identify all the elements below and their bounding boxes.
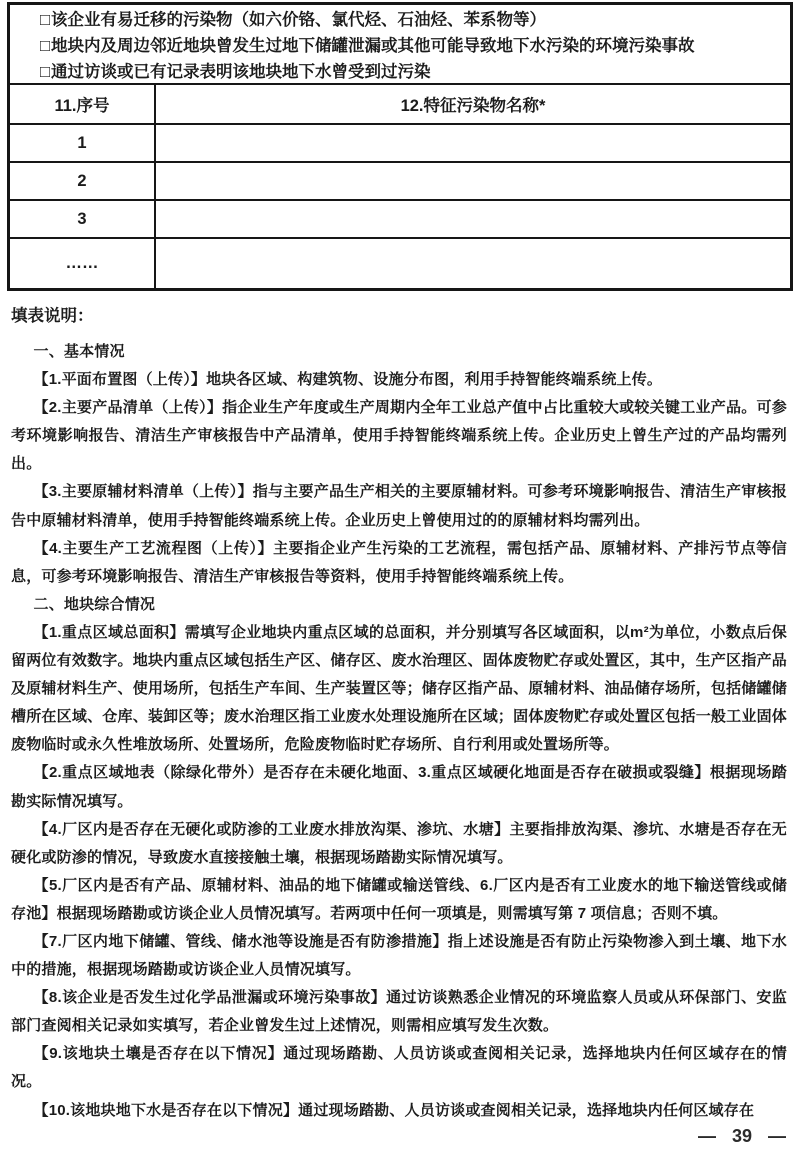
page-number: 39 <box>732 1126 752 1147</box>
pollutant-name-cell[interactable] <box>156 239 790 288</box>
col-header-pollutant: 12.特征污染物名称* <box>156 85 790 123</box>
pollutant-name-cell[interactable] <box>156 125 790 161</box>
form-instructions: 填表说明： 一、基本情况 【1.平面布置图（上传）】地块各区域、构建筑物、设施分… <box>11 302 787 1125</box>
instruction-paragraph: 【4.厂区内是否存在无硬化或防渗的工业废水排放沟渠、渗坑、水塘】主要指排放沟渠、… <box>11 816 787 872</box>
instruction-paragraph: 【1.平面布置图（上传）】地块各区域、构建筑物、设施分布图，利用手持智能终端系统… <box>11 366 787 394</box>
instruction-paragraph: 【10.该地块地下水是否存在以下情况】通过现场踏勘、人员访谈或查阅相关记录，选择… <box>11 1097 787 1125</box>
checkbox-option-label: 地块内及周边邻近地块曾发生过地下储罐泄漏或其他可能导致地下水污染的环境污染事故 <box>51 37 695 55</box>
checkbox-icon[interactable]: □ <box>40 37 50 55</box>
instruction-paragraph: 【9.该地块土壤是否存在以下情况】通过现场踏勘、人员访谈或查阅相关记录，选择地块… <box>11 1040 787 1096</box>
serial-cell: 1 <box>10 125 156 161</box>
section-heading-site: 二、地块综合情况 <box>11 591 787 619</box>
groundwater-situation-table: □该企业有易迁移的污染物（如六价铬、氯代烃、石油烃、苯系物等） □地块内及周边邻… <box>7 2 793 291</box>
serial-cell: 3 <box>10 201 156 237</box>
col-header-serial: 11.序号 <box>10 85 156 123</box>
table-row: 1 <box>10 125 790 163</box>
checkbox-icon[interactable]: □ <box>40 11 50 29</box>
table-row: 3 <box>10 201 790 239</box>
checkbox-option: □该企业有易迁移的污染物（如六价铬、氯代烃、石油烃、苯系物等） <box>40 7 780 33</box>
serial-cell: 2 <box>10 163 156 199</box>
instructions-title: 填表说明： <box>11 302 787 330</box>
instruction-paragraph: 【2.重点区域地表（除绿化带外）是否存在未硬化地面、3.重点区域硬化地面是否存在… <box>11 759 787 815</box>
instruction-paragraph: 【3.主要原辅材料清单（上传）】指与主要产品生产相关的主要原辅材料。可参考环境影… <box>11 478 787 534</box>
footer-dash-right: — <box>768 1126 786 1147</box>
table-row: 2 <box>10 163 790 201</box>
instruction-paragraph: 【5.厂区内是否有产品、原辅材料、油品的地下储罐或输送管线、6.厂区内是否有工业… <box>11 872 787 928</box>
footer-dash-left: — <box>698 1126 716 1147</box>
checkbox-option: □通过访谈或已有记录表明该地块地下水曾受到过污染 <box>40 59 780 85</box>
instruction-paragraph: 【1.重点区域总面积】需填写企业地块内重点区域的总面积，并分别填写各区域面积，以… <box>11 619 787 759</box>
checkbox-option: □地块内及周边邻近地块曾发生过地下储罐泄漏或其他可能导致地下水污染的环境污染事故 <box>40 33 780 59</box>
checkbox-options-cell: □该企业有易迁移的污染物（如六价铬、氯代烃、石油烃、苯系物等） □地块内及周边邻… <box>10 5 790 85</box>
serial-cell: …… <box>10 239 156 288</box>
checkbox-option-label: 该企业有易迁移的污染物（如六价铬、氯代烃、石油烃、苯系物等） <box>51 11 546 29</box>
table-header-row: 11.序号 12.特征污染物名称* <box>10 85 790 125</box>
instruction-paragraph: 【2.主要产品清单（上传）】指企业生产年度或生产周期内全年工业总产值中占比重较大… <box>11 394 787 478</box>
pollutant-name-cell[interactable] <box>156 201 790 237</box>
section-heading-basic: 一、基本情况 <box>11 338 787 366</box>
pollutant-name-cell[interactable] <box>156 163 790 199</box>
page-footer: — 39 — <box>698 1126 786 1147</box>
checkbox-option-label: 通过访谈或已有记录表明该地块地下水曾受到过污染 <box>51 63 431 81</box>
table-row: …… <box>10 239 790 288</box>
checkbox-icon[interactable]: □ <box>40 63 50 81</box>
document-page: □该企业有易迁移的污染物（如六价铬、氯代烃、石油烃、苯系物等） □地块内及周边邻… <box>0 0 800 1153</box>
instruction-paragraph: 【8.该企业是否发生过化学品泄漏或环境污染事故】通过访谈熟悉企业情况的环境监察人… <box>11 984 787 1040</box>
instruction-paragraph: 【7.厂区内地下储罐、管线、储水池等设施是否有防渗措施】指上述设施是否有防止污染… <box>11 928 787 984</box>
instruction-paragraph: 【4.主要生产工艺流程图（上传）】主要指企业产生污染的工艺流程，需包括产品、原辅… <box>11 535 787 591</box>
